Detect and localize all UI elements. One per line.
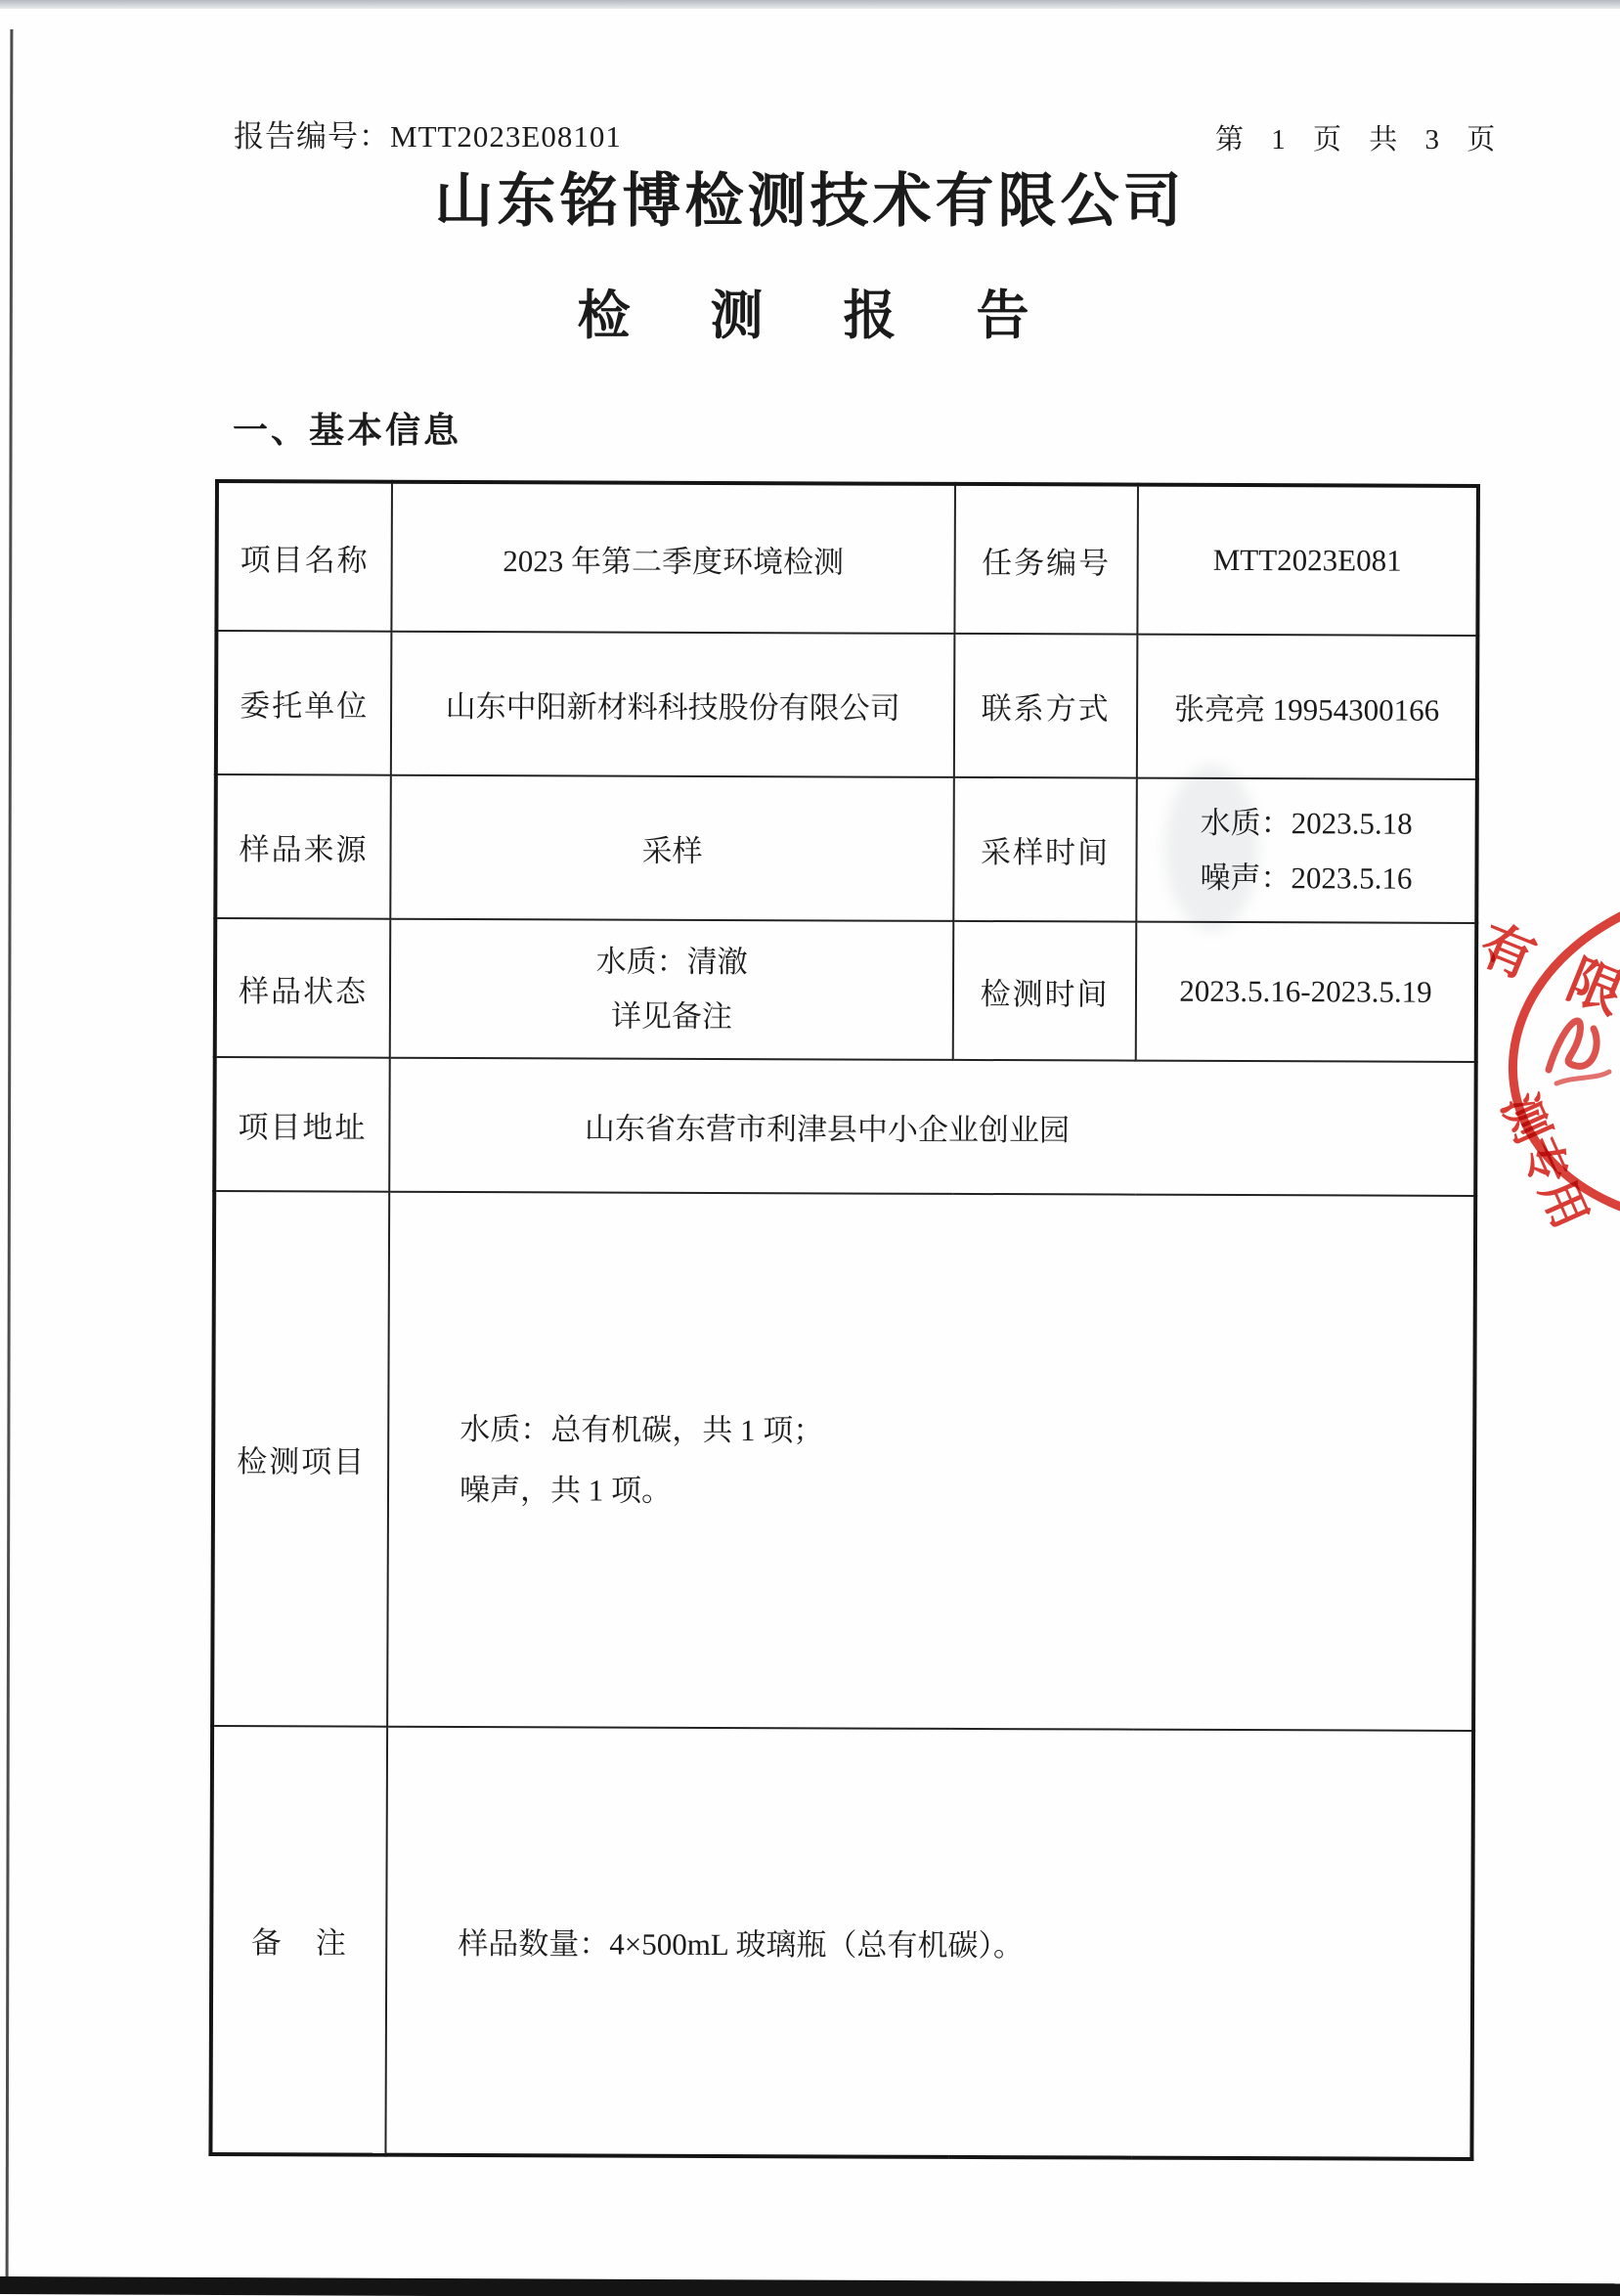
table-row-project-address: 项目地址 山东省东营市利津县中小企业创业园 xyxy=(214,1057,1476,1196)
document-title: 检 测 报 告 xyxy=(0,274,1620,349)
scan-edge-bottom xyxy=(0,2276,1620,2296)
field-value-remarks: 样品数量：4×500mL 玻璃瓶（总有机碳）。 xyxy=(385,1727,1473,2159)
table-row-remarks: 备 注 样品数量：4×500mL 玻璃瓶（总有机碳）。 xyxy=(210,1726,1473,2159)
field-value-task-number: MTT2023E081 xyxy=(1137,485,1478,636)
field-value-project-address: 山东省东营市利津县中小企业创业园 xyxy=(389,1058,1476,1196)
table-row-sample-source: 样品来源 采样 采样时间 水质：2023.5.18 噪声：2023.5.16 xyxy=(215,774,1477,923)
field-value-sample-source: 采样 xyxy=(390,775,954,921)
company-name: 山东铭博检测技术有限公司 xyxy=(0,155,1620,239)
stamp-signature-scribble xyxy=(1537,986,1620,1093)
field-value-testing-time: 2023.5.16-2023.5.19 xyxy=(1136,922,1477,1062)
sampling-time-noise: 噪声：2023.5.16 xyxy=(1137,850,1474,905)
field-label-client: 委托单位 xyxy=(216,631,392,775)
testing-items-noise: 噪声，共 1 项。 xyxy=(460,1459,1472,1523)
scan-edge-left xyxy=(6,29,14,2278)
page-indicator: 第 1 页 共 3 页 xyxy=(1215,117,1501,157)
basic-info-table: 项目名称 2023 年第二季度环境检测 任务编号 MTT2023E081 委托单… xyxy=(208,479,1480,2161)
report-number: 报告编号：MTT2023E08101 xyxy=(234,111,622,155)
field-value-testing-items: 水质：总有机碳，共 1 项； 噪声，共 1 项。 xyxy=(387,1192,1475,1731)
sample-status-note: 详见备注 xyxy=(391,989,952,1045)
scan-edge-top xyxy=(0,0,1620,9)
field-label-sample-source: 样品来源 xyxy=(215,774,391,919)
field-label-remarks: 备 注 xyxy=(210,1726,387,2155)
sample-status-water: 水质：清澈 xyxy=(391,934,952,991)
field-value-client: 山东中阳新材料科技股份有限公司 xyxy=(391,632,955,777)
field-value-project-name: 2023 年第二季度环境检测 xyxy=(391,482,955,634)
table-row-testing-items: 检测项目 水质：总有机碳，共 1 项； 噪声，共 1 项。 xyxy=(212,1191,1475,1731)
field-label-task-number: 任务编号 xyxy=(954,484,1138,635)
field-label-project-name: 项目名称 xyxy=(216,481,392,632)
testing-items-water: 水质：总有机碳，共 1 项； xyxy=(460,1398,1472,1463)
field-label-sample-status: 样品状态 xyxy=(215,918,391,1058)
field-label-testing-time: 检测时间 xyxy=(953,921,1137,1061)
sampling-time-water: 水质：2023.5.18 xyxy=(1138,795,1475,851)
report-number-label: 报告编号： xyxy=(234,119,390,154)
field-label-contact: 联系方式 xyxy=(954,634,1138,778)
table-row-sample-status: 样品状态 水质：清澈 详见备注 检测时间 2023.5.16-2023.5.19 xyxy=(215,918,1477,1062)
scanned-report-page: 报告编号：MTT2023E08101 第 1 页 共 3 页 山东铭博检测技术有… xyxy=(0,0,1620,2296)
report-number-value: MTT2023E08101 xyxy=(390,119,622,154)
section-title-basic-info: 一、基本信息 xyxy=(233,403,461,453)
table-row-client: 委托单位 山东中阳新材料科技股份有限公司 联系方式 张亮亮 1995430016… xyxy=(216,631,1478,779)
field-value-sample-status: 水质：清澈 详见备注 xyxy=(390,919,954,1060)
field-value-contact: 张亮亮 19954300166 xyxy=(1137,635,1478,779)
field-label-project-address: 项目地址 xyxy=(214,1057,390,1192)
field-value-sampling-time: 水质：2023.5.18 噪声：2023.5.16 xyxy=(1136,778,1477,923)
field-label-testing-items: 检测项目 xyxy=(212,1191,389,1727)
field-label-sampling-time: 采样时间 xyxy=(953,777,1137,922)
table-row-project-name: 项目名称 2023 年第二季度环境检测 任务编号 MTT2023E081 xyxy=(216,481,1478,636)
